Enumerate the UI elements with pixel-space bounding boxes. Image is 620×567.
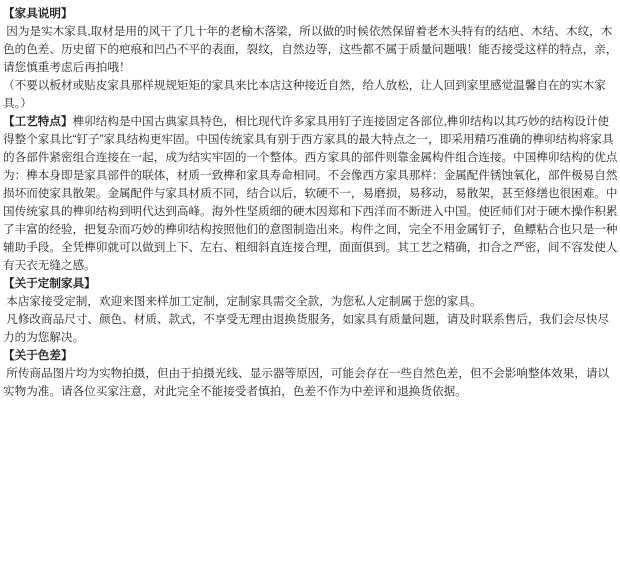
section-heading-craft-features: 【工艺特点】 [3,115,73,128]
craft-features-body: 榫卯结构是中国古典家具特色，相比现代许多家具用钉子连接固定各部位,榫卯结构以其巧… [3,115,617,272]
craft-features-paragraph: 【工艺特点】榫卯结构是中国古典家具特色，相比现代许多家具用钉子连接固定各部位,榫… [3,113,618,275]
color-difference-paragraph: 所传商品图片均为实物拍摄，但由于拍摄光线、显示器等原因，可能会存在一些自然色差，… [3,365,618,401]
section-heading-furniture-note: 【家具说明】 [3,5,618,23]
custom-furniture-policy-paragraph: 凡修改商品尺寸、颜色、材质、款式，不享受无理由退换货服务，如家具有质量问题，请及… [3,311,618,347]
furniture-note-remark: （不要以板材或贴皮家具那样规规矩矩的家具来比本店这种接近自然，给人放松，让人回到… [3,77,618,113]
section-heading-custom-furniture: 【关于定制家具】 [3,275,618,293]
product-description-document: 【家具说明】 因为是实木家具,取材是用的风干了几十年的老榆木落梁，所以做的时候依… [0,0,620,401]
furniture-note-paragraph: 因为是实木家具,取材是用的风干了几十年的老榆木落梁，所以做的时候依然保留着老木头… [3,23,618,77]
custom-furniture-paragraph: 本店家接受定制，欢迎来图来样加工定制，定制家具需交全款，为您私人定制属于您的家具… [3,293,618,311]
section-heading-color-difference: 【关于色差】 [3,347,618,365]
